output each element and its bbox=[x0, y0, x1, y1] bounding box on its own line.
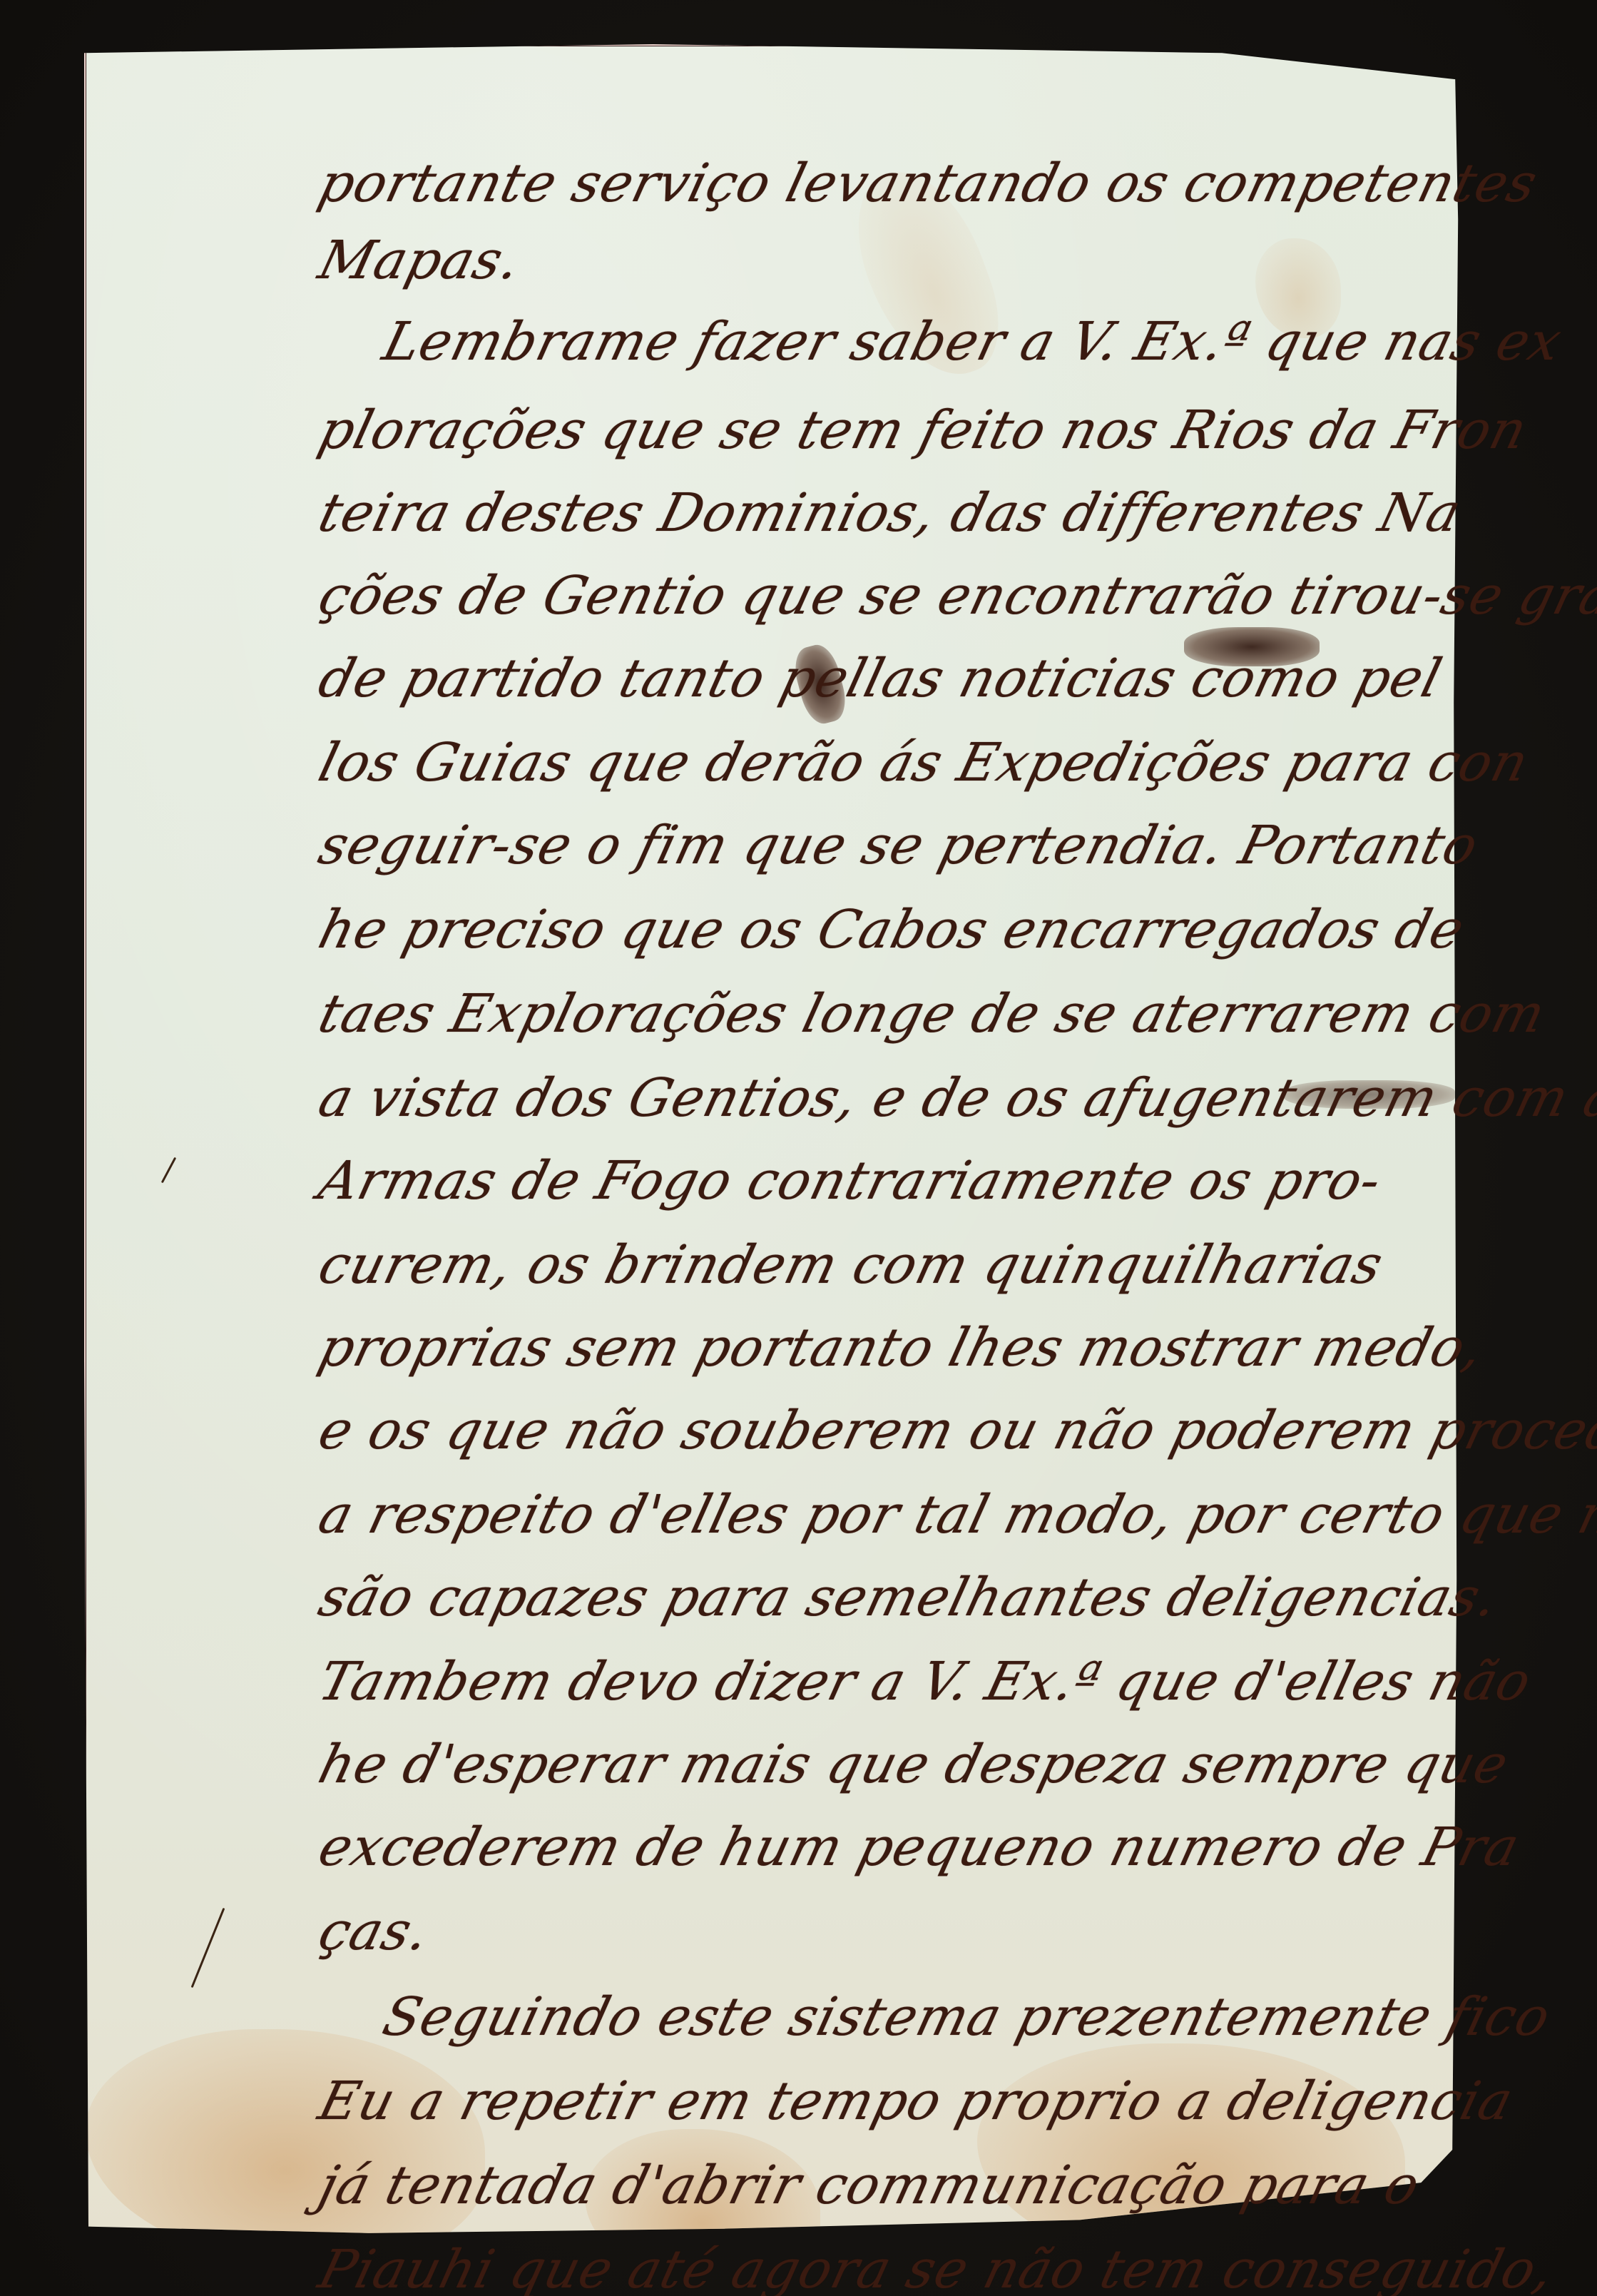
text-line: portante serviço levantando os competent… bbox=[314, 157, 1543, 210]
text-line: Lembrame fazer saber a V. Ex.ª que nas e… bbox=[378, 315, 1567, 368]
text-line: Tambem devo dizer a V. Ex.ª que d'elles … bbox=[314, 1655, 1536, 1708]
text-line: proprias sem portanto lhes mostrar medo, bbox=[314, 1321, 1489, 1374]
text-line: ções de Gentio que se encontrarão tirou-… bbox=[314, 569, 1597, 622]
text-line: Mapas. bbox=[314, 234, 526, 287]
text-line: e os que não souberem ou não poderem pro… bbox=[314, 1404, 1597, 1457]
text-line: los Guias que derão ás Expedições para c… bbox=[314, 736, 1534, 789]
text-line: he d'esperar mais que despeza sempre que bbox=[314, 1738, 1514, 1791]
text-line: a respeito d'elles por tal modo, por cer… bbox=[314, 1488, 1597, 1541]
text-line: excederem de hum pequeno numero de Pra bbox=[314, 1821, 1524, 1874]
text-line: ças. bbox=[314, 1905, 435, 1958]
text-line: curem, os brindem com quinquilharias bbox=[314, 1239, 1388, 1291]
text-line: seguir-se o fim que se pertendia. Portan… bbox=[314, 819, 1483, 872]
text-line: de partido tanto pellas noticias como pe… bbox=[314, 652, 1447, 705]
text-line: teira destes Dominios, das differentes N… bbox=[314, 487, 1466, 539]
text-line: Piauhi que até agora se não tem consegui… bbox=[314, 2243, 1559, 2296]
text-line: plorações que se tem feito nos Rios da F… bbox=[314, 404, 1532, 457]
text-line: a vista dos Gentios, e de os afugentarem… bbox=[314, 1072, 1597, 1124]
text-line: he preciso que os Cabos encarregados de bbox=[314, 903, 1469, 956]
text-line: Armas de Fogo contrariamente os pro- bbox=[314, 1154, 1387, 1207]
manuscript-sheet bbox=[84, 44, 1506, 2237]
text-line: já tentada d'abrir communicação para o bbox=[314, 2159, 1425, 2212]
text-line: taes Explorações longe de se aterrarem c… bbox=[314, 987, 1551, 1040]
text-line: Eu a repetir em tempo proprio a deligenc… bbox=[314, 2075, 1519, 2128]
text-line: são capazes para semelhantes deligencias… bbox=[314, 1571, 1503, 1624]
text-line: Seguindo este sistema prezentemente fico bbox=[378, 1991, 1556, 2043]
